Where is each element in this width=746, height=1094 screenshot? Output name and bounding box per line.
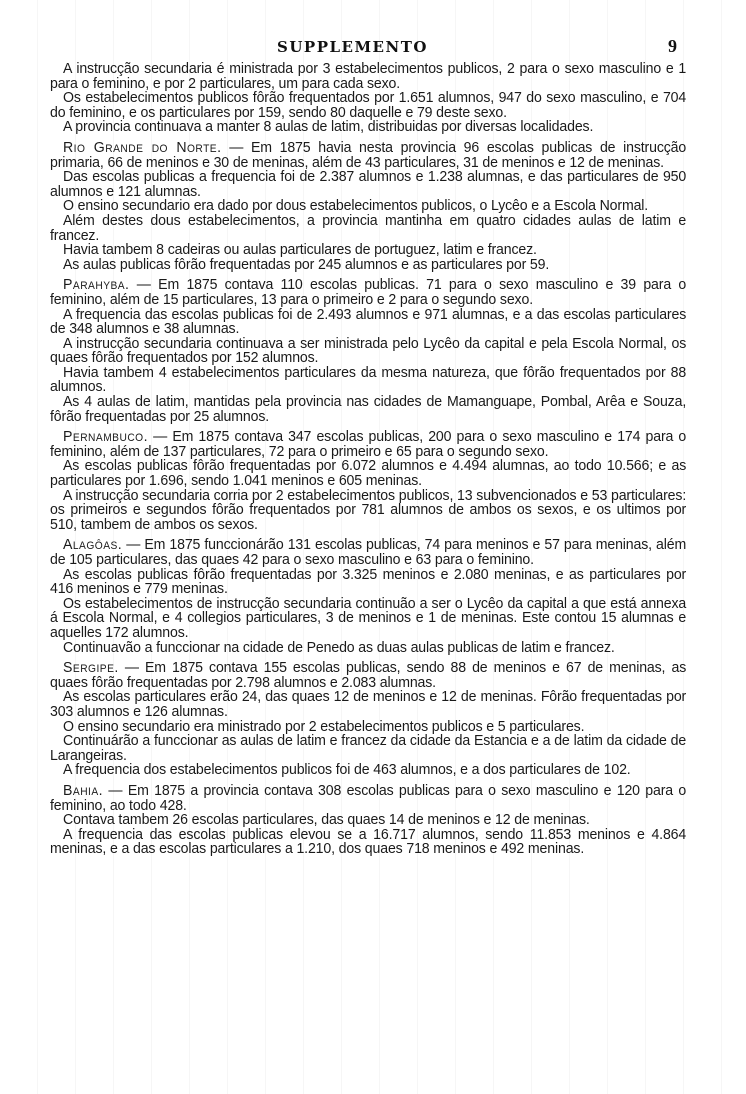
section-lead-paragraph: Rio Grande do Norte. — Em 1875 havia nes… (50, 141, 686, 170)
page-number: 9 (668, 36, 677, 57)
paragraph: Havia tambem 4 estabelecimentos particul… (50, 366, 686, 395)
paragraph: Continuárão a funccionar as aulas de lat… (50, 734, 686, 763)
section-lead-paragraph: Parahyba. — Em 1875 contava 110 escolas … (50, 278, 686, 307)
section-rio-grande-do-norte: Rio Grande do Norte. — Em 1875 havia nes… (50, 141, 686, 272)
lead-text: — Em 1875 contava 110 escolas publicas. … (50, 276, 686, 308)
paragraph: A frequencia das escolas publicas elevou… (50, 828, 686, 857)
paragraph: Das escolas publicas a frequencia foi de… (50, 170, 686, 199)
paragraph: As escolas publicas fôrão frequentadas p… (50, 568, 686, 597)
running-title: SUPPLEMENTO (277, 38, 428, 56)
section-alagoas: Alagôas. — Em 1875 funccionárão 131 esco… (50, 538, 686, 655)
paragraph: Os estabelecimentos de instrucção secund… (50, 597, 686, 641)
lead-text: — Em 1875 a provincia contava 308 escola… (50, 782, 686, 814)
section-pernambuco: Pernambuco. — Em 1875 contava 347 escola… (50, 430, 686, 532)
section-lead-paragraph: Pernambuco. — Em 1875 contava 347 escola… (50, 430, 686, 459)
paragraph: As escolas particulares erão 24, das qua… (50, 690, 686, 719)
paragraph: A instrucção secundaria continuava a ser… (50, 337, 686, 366)
paragraph: As escolas publicas fôrão frequentadas p… (50, 459, 686, 488)
paragraph: A instrucção secundaria corria por 2 est… (50, 489, 686, 533)
paragraph: Continuavão a funccionar na cidade de Pe… (50, 641, 686, 656)
document-page: SUPPLEMENTO 9 A instrucção secundaria é … (0, 0, 746, 1094)
section-continuation: A instrucção secundaria é ministrada por… (50, 62, 686, 135)
section-lead-paragraph: Bahia. — Em 1875 a provincia contava 308… (50, 784, 686, 813)
paragraph: A provincia continuava a manter 8 aulas … (50, 120, 686, 135)
section-lead-paragraph: Alagôas. — Em 1875 funccionárão 131 esco… (50, 538, 686, 567)
body-text: A instrucção secundaria é ministrada por… (50, 62, 686, 857)
section-sergipe: Sergipe. — Em 1875 contava 155 escolas p… (50, 661, 686, 778)
paragraph: As aulas publicas fôrão frequentadas por… (50, 258, 686, 273)
section-bahia: Bahia. — Em 1875 a provincia contava 308… (50, 784, 686, 857)
paragraph: Os estabelecimentos publicos fôrão frequ… (50, 91, 686, 120)
paragraph: A frequencia dos estabelecimentos public… (50, 763, 686, 778)
paragraph: A instrucção secundaria é ministrada por… (50, 62, 686, 91)
page-header: SUPPLEMENTO 9 (0, 38, 746, 60)
paragraph: A frequencia das escolas publicas foi de… (50, 308, 686, 337)
section-parahyba: Parahyba. — Em 1875 contava 110 escolas … (50, 278, 686, 424)
paragraph: Além destes dous estabelecimentos, a pro… (50, 214, 686, 243)
lead-text: — Em 1875 funccionárão 131 escolas publi… (50, 536, 686, 568)
lead-text: — Em 1875 contava 155 escolas publicas, … (50, 659, 686, 691)
paragraph: As 4 aulas de latim, mantidas pela provi… (50, 395, 686, 424)
section-lead-paragraph: Sergipe. — Em 1875 contava 155 escolas p… (50, 661, 686, 690)
